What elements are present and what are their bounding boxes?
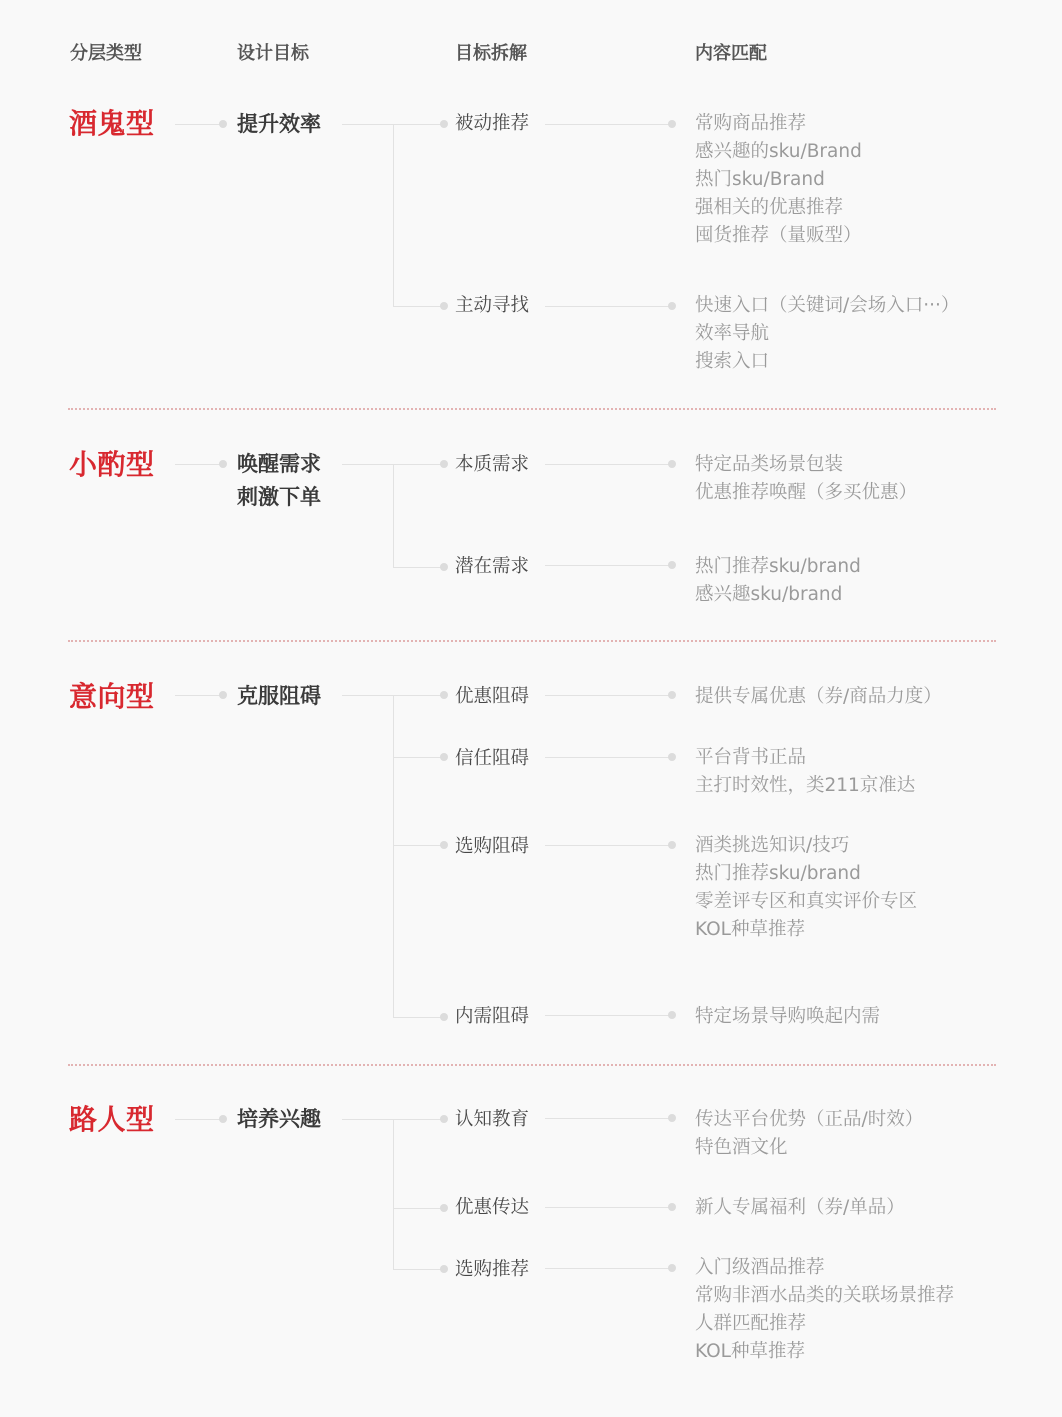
connector-line <box>393 845 444 846</box>
content-list: 快速入口（关键词/会场入口···） 效率导航 搜索入口 <box>695 292 959 376</box>
content-item: 常购非酒水品类的关联场景推荐 <box>695 1282 954 1310</box>
goal-line: 提升效率 <box>237 108 321 141</box>
node-dot-icon <box>440 120 448 128</box>
node-dot-icon <box>668 561 676 569</box>
connector-line <box>393 306 444 307</box>
node-dot-icon <box>668 1011 676 1019</box>
node-dot-icon <box>219 120 227 128</box>
content-item: 提供专属优惠（券/商品力度） <box>695 683 942 711</box>
connector-line <box>545 306 670 307</box>
content-item: 热门推荐sku/brand <box>695 553 861 581</box>
breakdown-label: 信任阻碍 <box>455 746 529 772</box>
node-dot-icon <box>219 691 227 699</box>
content-item: 主打时效性，类211京准达 <box>695 772 915 800</box>
goal-line: 刺激下单 <box>237 481 321 514</box>
content-list: 常购商品推荐 感兴趣的sku/Brand 热门sku/Brand 强相关的优惠推… <box>695 110 862 250</box>
goal-label: 唤醒需求 刺激下单 <box>237 448 321 514</box>
header-content-match: 内容匹配 <box>695 41 767 67</box>
breakdown-label: 选购阻碍 <box>455 834 529 860</box>
node-dot-icon <box>668 691 676 699</box>
content-item: 囤货推荐（量贩型） <box>695 222 862 250</box>
node-dot-icon <box>219 1115 227 1123</box>
connector-line <box>393 1208 444 1209</box>
breakdown-label: 主动寻找 <box>455 293 529 319</box>
content-list: 传达平台优势（正品/时效） 特色酒文化 <box>695 1106 923 1162</box>
node-dot-icon <box>440 753 448 761</box>
goal-line: 唤醒需求 <box>237 448 321 481</box>
goal-line: 培养兴趣 <box>237 1103 321 1136</box>
content-list: 特定品类场景包装 优惠推荐唤醒（多买优惠） <box>695 451 917 507</box>
node-dot-icon <box>440 1265 448 1273</box>
content-item: 特定品类场景包装 <box>695 451 917 479</box>
connector-line <box>175 124 220 125</box>
section-divider <box>68 408 996 410</box>
content-list: 酒类挑选知识/技巧 热门推荐sku/brand 零差评专区和真实评价专区 KOL… <box>695 832 917 944</box>
node-dot-icon <box>668 841 676 849</box>
goal-line: 克服阻碍 <box>237 680 321 713</box>
content-item: 优惠推荐唤醒（多买优惠） <box>695 479 917 507</box>
content-list: 平台背书正品 主打时效性，类211京准达 <box>695 744 915 800</box>
goal-label: 克服阻碍 <box>237 680 321 713</box>
content-item: 零差评专区和真实评价专区 <box>695 888 917 916</box>
connector-line <box>393 567 444 568</box>
breakdown-label: 选购推荐 <box>455 1257 529 1283</box>
header-goal-breakdown: 目标拆解 <box>455 41 527 67</box>
node-dot-icon <box>668 302 676 310</box>
content-item: 感兴趣的sku/Brand <box>695 138 862 166</box>
node-dot-icon <box>668 1203 676 1211</box>
node-dot-icon <box>440 302 448 310</box>
goal-label: 提升效率 <box>237 108 321 141</box>
section-divider <box>68 1064 996 1066</box>
connector-line <box>545 565 670 566</box>
connector-line <box>545 124 670 125</box>
content-item: 常购商品推荐 <box>695 110 862 138</box>
content-item: 特定场景导购唤起内需 <box>695 1003 880 1031</box>
breakdown-label: 优惠传达 <box>455 1195 529 1221</box>
header-design-goal: 设计目标 <box>237 41 309 67</box>
content-list: 新人专属福利（券/单品） <box>695 1194 905 1222</box>
segment-title: 意向型 <box>69 680 155 714</box>
segment-title: 路人型 <box>69 1103 155 1137</box>
node-dot-icon <box>668 1114 676 1122</box>
content-item: 特色酒文化 <box>695 1134 923 1162</box>
content-item: KOL种草推荐 <box>695 916 917 944</box>
connector-line <box>545 757 670 758</box>
connector-line <box>393 1269 444 1270</box>
content-item: 热门sku/Brand <box>695 166 862 194</box>
content-list: 特定场景导购唤起内需 <box>695 1003 880 1031</box>
node-dot-icon <box>440 841 448 849</box>
content-item: KOL种草推荐 <box>695 1338 954 1366</box>
content-list: 入门级酒品推荐 常购非酒水品类的关联场景推荐 人群匹配推荐 KOL种草推荐 <box>695 1254 954 1366</box>
connector-line <box>545 1015 670 1016</box>
connector-line <box>175 1119 220 1120</box>
connector-line <box>545 1207 670 1208</box>
bracket-line <box>393 124 394 306</box>
node-dot-icon <box>668 460 676 468</box>
connector-line <box>175 695 220 696</box>
content-item: 感兴趣sku/brand <box>695 581 861 609</box>
content-item: 酒类挑选知识/技巧 <box>695 832 917 860</box>
node-dot-icon <box>219 460 227 468</box>
connector-line <box>545 695 670 696</box>
content-item: 热门推荐sku/brand <box>695 860 917 888</box>
content-item: 平台背书正品 <box>695 744 915 772</box>
content-item: 效率导航 <box>695 320 959 348</box>
bracket-line <box>393 464 394 567</box>
connector-line <box>175 464 220 465</box>
content-item: 入门级酒品推荐 <box>695 1254 954 1282</box>
node-dot-icon <box>668 753 676 761</box>
connector-line <box>545 1118 670 1119</box>
breakdown-label: 内需阻碍 <box>455 1004 529 1030</box>
header-segment-type: 分层类型 <box>70 41 142 67</box>
connector-line <box>545 845 670 846</box>
content-list: 提供专属优惠（券/商品力度） <box>695 683 942 711</box>
breakdown-label: 认知教育 <box>455 1107 529 1133</box>
connector-line <box>393 757 444 758</box>
breakdown-label: 本质需求 <box>455 452 529 478</box>
breakdown-label: 潜在需求 <box>455 554 529 580</box>
node-dot-icon <box>440 1013 448 1021</box>
node-dot-icon <box>440 691 448 699</box>
content-item: 新人专属福利（券/单品） <box>695 1194 905 1222</box>
node-dot-icon <box>668 1264 676 1272</box>
section-divider <box>68 640 996 642</box>
content-list: 热门推荐sku/brand 感兴趣sku/brand <box>695 553 861 609</box>
breakdown-label: 被动推荐 <box>455 111 529 137</box>
bracket-line <box>393 695 394 1018</box>
node-dot-icon <box>668 120 676 128</box>
bracket-line <box>393 1119 394 1269</box>
content-item: 人群匹配推荐 <box>695 1310 954 1338</box>
connector-line <box>545 1268 670 1269</box>
content-item: 强相关的优惠推荐 <box>695 194 862 222</box>
content-item: 搜索入口 <box>695 348 959 376</box>
node-dot-icon <box>440 1115 448 1123</box>
goal-label: 培养兴趣 <box>237 1103 321 1136</box>
content-item: 快速入口（关键词/会场入口···） <box>695 292 959 320</box>
segmentation-diagram: 分层类型 设计目标 目标拆解 内容匹配 酒鬼型 提升效率 被动推荐 常购商品推荐… <box>0 0 1062 1417</box>
breakdown-label: 优惠阻碍 <box>455 684 529 710</box>
node-dot-icon <box>440 563 448 571</box>
segment-title: 小酌型 <box>69 448 155 482</box>
connector-line <box>393 1017 444 1018</box>
content-item: 传达平台优势（正品/时效） <box>695 1106 923 1134</box>
node-dot-icon <box>440 460 448 468</box>
connector-line <box>545 464 670 465</box>
segment-title: 酒鬼型 <box>69 107 155 141</box>
node-dot-icon <box>440 1204 448 1212</box>
